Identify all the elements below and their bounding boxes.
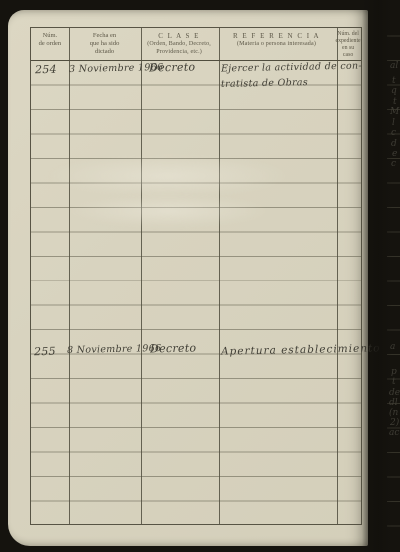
register-table: Núm. de orden Fecha en que ha sido dicta… — [30, 27, 362, 525]
column-divider — [141, 28, 142, 524]
table-body-grid — [31, 61, 361, 525]
clase-subtitle: (Orden, Bando, Decreto, Providencia, etc… — [140, 41, 218, 55]
adjacent-handwriting-fragment: c — [391, 159, 396, 169]
entry-255-class: Decreto — [150, 342, 197, 356]
header-cell-fecha: Fecha en que ha sido dictado — [69, 28, 141, 60]
adjacent-handwriting-fragment: ac — [389, 428, 399, 438]
header-cell-expediente: Núm. del expediente en su caso — [335, 28, 361, 60]
adjacent-handwriting-fragment: M — [390, 107, 399, 117]
adjacent-handwriting-fragment: e — [392, 149, 397, 159]
header-cell-clase: C L A S E (Orden, Bando, Decreto, Provid… — [140, 28, 218, 60]
adjacent-handwriting-fragment: l — [392, 118, 395, 128]
adjacent-handwriting-fragment: t — [392, 76, 396, 86]
clase-title: C L A S E — [140, 32, 218, 40]
ledger-page: Núm. de orden Fecha en que ha sido dicta… — [8, 10, 368, 546]
adjacent-handwriting-fragment: 2) — [390, 418, 399, 428]
column-divider — [219, 28, 220, 524]
entry-254-class: Decreto — [149, 61, 196, 75]
adjacent-handwriting-fragment: d — [391, 139, 397, 149]
entry-255-num: 255 — [34, 345, 56, 358]
adjacent-handwriting-fragment: t — [392, 377, 396, 387]
referencia-title: R E F E R E N C I A — [218, 32, 335, 40]
header-cell-num: Núm. de orden — [31, 28, 69, 60]
adjacent-handwriting-fragment: q — [391, 86, 397, 96]
book-gutter-shadow — [362, 0, 392, 552]
adjacent-handwriting-fragment: (n — [389, 408, 398, 418]
column-divider — [337, 28, 338, 524]
entry-255-date: 8 Noviembre 1966 — [67, 343, 162, 356]
adjacent-handwriting-fragment: de — [389, 388, 400, 398]
referencia-subtitle: (Materia o persona interesada) — [218, 41, 335, 48]
entry-254-reference-line2: tratista de Obras — [221, 77, 308, 90]
scanned-ledger-screenshot: { "colors": { "paper": "#d8d3bf", "ink":… — [0, 0, 400, 552]
table-header: Núm. de orden Fecha en que ha sido dicta… — [31, 28, 361, 61]
entry-254-num: 254 — [35, 63, 57, 76]
column-divider — [69, 28, 70, 524]
adjacent-handwriting-fragment: al — [390, 61, 398, 71]
adjacent-handwriting-fragment: p — [391, 367, 397, 377]
adjacent-handwriting-fragment: t — [393, 97, 397, 107]
adjacent-handwriting-fragment: c — [391, 128, 396, 138]
header-cell-referencia: R E F E R E N C I A (Materia o persona i… — [218, 28, 335, 60]
adjacent-handwriting-fragment: a — [390, 342, 395, 352]
adjacent-handwriting-fragment: dl — [389, 398, 398, 408]
